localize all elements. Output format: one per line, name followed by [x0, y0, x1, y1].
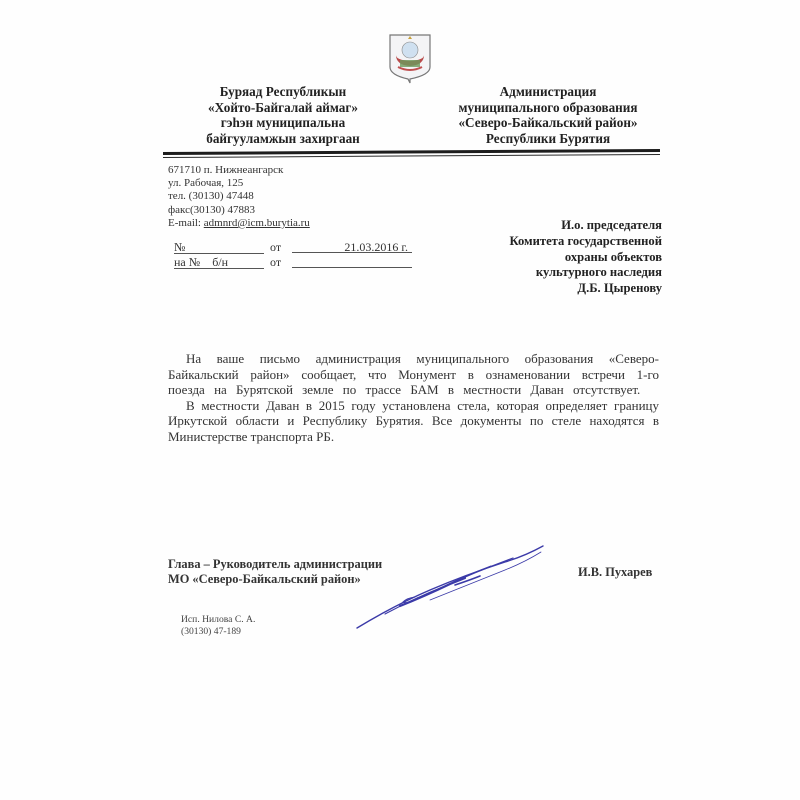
letter-page: Буряад Республикын «Хойто-Байгалай аймаг… [0, 0, 800, 800]
from-label: от [270, 240, 281, 255]
reply-from-label: от [270, 255, 281, 270]
letter-body: На ваше письмо администрация муниципальн… [168, 351, 659, 445]
executor-phone: (30130) 47-189 [181, 626, 255, 638]
sender-address: 671710 п. Нижнеангарск ул. Рабочая, 125 … [168, 164, 388, 230]
addressee-line: Комитета государственной [440, 234, 662, 250]
handwritten-signature-icon [355, 540, 545, 630]
reply-label: на № [174, 255, 200, 269]
address-street: ул. Рабочая, 125 [168, 177, 388, 190]
header-divider-thin [163, 154, 660, 158]
outgoing-number-row: № от 21.03.2016 г. [174, 240, 424, 255]
address-fax: факс(30130) 47883 [168, 204, 388, 217]
header-left-line: байгууламжын захиргаан [168, 131, 398, 147]
number-label: № [174, 240, 185, 254]
header-russian-name: Администрация муниципального образования… [428, 84, 668, 146]
addressee-line: культурного наследия [440, 265, 662, 281]
reply-number-row: на №б/н от [174, 255, 424, 270]
header-right-line: Республики Бурятия [428, 131, 668, 147]
executor-info: Исп. Нилова С. А. (30130) 47-189 [181, 614, 255, 638]
reply-date [292, 255, 412, 268]
executor-name: Исп. Нилова С. А. [181, 614, 255, 626]
header-left-line: «Хойто-Байгалай аймаг» [168, 100, 398, 116]
outgoing-number-field: № [174, 240, 264, 254]
address-phone: тел. (30130) 47448 [168, 190, 388, 203]
email-label: E-mail: [168, 217, 204, 229]
reply-number-field: на №б/н [174, 255, 264, 269]
letter-date: 21.03.2016 г. [292, 240, 412, 253]
reply-value: б/н [212, 255, 228, 269]
header-right-line: «Северо-Байкальский район» [428, 115, 668, 131]
email-link[interactable]: admnrd@icm.burytia.ru [204, 217, 310, 229]
addressee-line: И.о. председателя [440, 218, 662, 234]
addressee-block: И.о. председателя Комитета государственн… [440, 218, 662, 297]
body-paragraph: На ваше письмо администрация муниципальн… [168, 351, 659, 398]
body-paragraph: В местности Даван в 2015 году установлен… [168, 398, 659, 445]
addressee-name: Д.Б. Цыренову [440, 281, 662, 297]
header-left-line: гэһэн муниципальна [168, 115, 398, 131]
coat-of-arms-icon [388, 33, 432, 85]
header-right-line: муниципального образования [428, 100, 668, 116]
header-left-line: Буряад Республикын [168, 84, 398, 100]
header-buryat-name: Буряад Республикын «Хойто-Байгалай аймаг… [168, 84, 398, 146]
signatory-name: И.В. Пухарев [578, 565, 652, 580]
address-email-row: E-mail: admnrd@icm.burytia.ru [168, 217, 388, 230]
address-postal: 671710 п. Нижнеангарск [168, 164, 388, 177]
header-right-line: Администрация [428, 84, 668, 100]
reference-block: № от 21.03.2016 г. на №б/н от [174, 240, 424, 270]
addressee-line: охраны объектов [440, 250, 662, 266]
